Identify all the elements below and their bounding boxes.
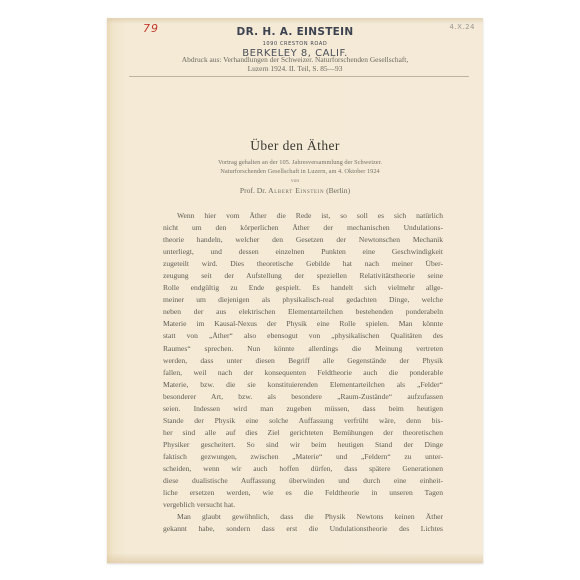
author-title: Prof. Dr. bbox=[240, 186, 266, 195]
source-note-line: Abdruck aus: Verhandlungen der Schweizer… bbox=[121, 55, 469, 64]
body-line: zeugung seit der Aufstellung der speziel… bbox=[163, 270, 443, 282]
owner-stamp-name: DR. H. A. EINSTEIN bbox=[107, 26, 483, 38]
header-rule bbox=[129, 76, 469, 77]
body-line: diese dualistische Auffassung überwinden… bbox=[163, 475, 443, 487]
article-subtitle: Vortrag gehalten an der 105. Jahresversa… bbox=[157, 158, 443, 176]
body-line: Raumes“ sprechen. Nun könnte allerdings … bbox=[163, 343, 443, 355]
author-name: Albert Einstein bbox=[268, 186, 324, 195]
body-line: scheiden, wenn wir auch hoffen dürfen, d… bbox=[163, 463, 443, 475]
subtitle-line: Vortrag gehalten an der 105. Jahresversa… bbox=[157, 158, 443, 167]
body-line: Wenn hier vom Äther die Rede ist, so sol… bbox=[163, 210, 443, 222]
body-text: Wenn hier vom Äther die Rede ist, so sol… bbox=[163, 210, 443, 535]
body-line: fallen, weil nach der konsequenten Feldt… bbox=[163, 367, 443, 379]
body-line: Rolle endgültig zu Ende gespielt. Es han… bbox=[163, 282, 443, 294]
body-line: her sind alle auf dies Ziel gerichteten … bbox=[163, 427, 443, 439]
body-line: besonderer Art, bzw. als besondere „Raum… bbox=[163, 391, 443, 403]
body-line: nicht um den körperlichen Äther der mech… bbox=[163, 222, 443, 234]
body-line: liche ersetzen werden, wie es die Feldth… bbox=[163, 487, 443, 499]
body-line: werden, dass unter diesen Begriff alle G… bbox=[163, 355, 443, 367]
body-line: Man glaubt gewöhnlich, dass die Physik N… bbox=[163, 511, 443, 523]
source-note: Abdruck aus: Verhandlungen der Schweizer… bbox=[121, 55, 469, 73]
body-line: statt von „Äther“ also ebensogut von „ph… bbox=[163, 330, 443, 342]
body-line: Materie, bzw. die sie konstituierenden E… bbox=[163, 379, 443, 391]
body-line: unterliegt, und dessen einzelnen Punkten… bbox=[163, 246, 443, 258]
article-title: Über den Äther bbox=[107, 138, 483, 154]
body-line: meiner um diejenigen als physikalisch-re… bbox=[163, 294, 443, 306]
body-line: theorie handeln, welcher den Gesetzen de… bbox=[163, 234, 443, 246]
body-line: vergeblich versucht hat. bbox=[163, 499, 443, 511]
source-note-line: Luzern 1924. II. Teil, S. 85—93 bbox=[121, 64, 469, 73]
author-byline: Prof. Dr. Albert Einstein (Berlin) bbox=[107, 186, 483, 195]
body-line: Physiker gescheitert. So sind wir beim h… bbox=[163, 439, 443, 451]
body-line: Materie im Kausal-Nexus der Physik eine … bbox=[163, 318, 443, 330]
body-line: gekannt habe, sondern dass erst die Undu… bbox=[163, 523, 443, 535]
body-line: seien. Indessen wird man zugeben müssen,… bbox=[163, 403, 443, 415]
reprint-page: 79 4.X.24 DR. H. A. EINSTEIN 1090 CRESTO… bbox=[107, 18, 483, 563]
subtitle-line: Naturforschenden Gesellschaft in Luzern,… bbox=[157, 167, 443, 176]
byline-von: von bbox=[107, 178, 483, 184]
body-line: Stande der Physik eine solche Auffassung… bbox=[163, 415, 443, 427]
owner-stamp-street: 1090 CRESTON ROAD bbox=[107, 41, 483, 47]
body-line: zugeteilt wird. Dies theoretische Gebild… bbox=[163, 258, 443, 270]
body-line: neben der aus elektrischen Elementarteil… bbox=[163, 306, 443, 318]
body-line: faktisch gezwungen, zwischen „Materie“ u… bbox=[163, 451, 443, 463]
author-affiliation: (Berlin) bbox=[326, 186, 350, 195]
